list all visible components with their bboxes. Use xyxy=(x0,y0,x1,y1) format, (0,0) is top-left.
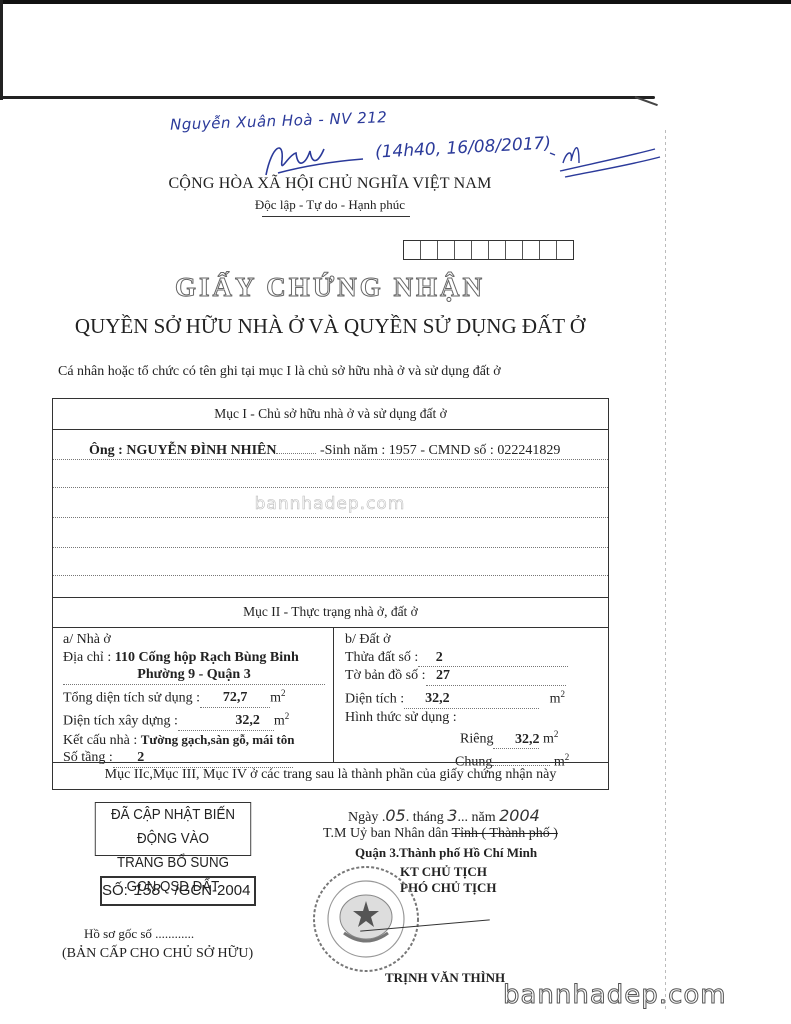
section1-heading: Mục I - Chủ sở hữu nhà ở và sử dụng đất … xyxy=(53,399,608,430)
intro-text: Cá nhân hoặc tổ chức có tên ghi tại mục … xyxy=(58,364,501,380)
house-structure: Tường gạch,sàn gỗ, mái tôn xyxy=(141,732,295,747)
page-fold-edge xyxy=(0,96,655,99)
owner-name: Ông : NGUYỄN ĐÌNH NHIÊN xyxy=(89,443,276,458)
scan-edge xyxy=(0,0,3,100)
land-info: b/ Đất ở Thửa đất số : 2 Tờ bản đồ số : … xyxy=(345,631,600,771)
signer-name: TRỊNH VĂN THÌNH xyxy=(385,970,505,986)
section2-heading: Mục II - Thực trạng nhà ở, đất ở xyxy=(53,597,608,628)
original-file-number: Hồ sơ gốc số ............ xyxy=(84,926,194,942)
map-sheet-number: 27 xyxy=(436,668,450,683)
certificate-title: GIẤY CHỨNG NHẬN xyxy=(0,272,660,303)
scan-border xyxy=(0,0,791,4)
house-address: 110 Cống hộp Rạch Bùng Binh xyxy=(115,650,299,665)
official-seal-icon xyxy=(310,863,422,975)
serial-number-box xyxy=(403,240,574,260)
copy-note: (BẢN CẤP CHO CHỦ SỞ HỮU) xyxy=(62,946,253,962)
motto-underline xyxy=(262,216,410,217)
private-area: 32,2 xyxy=(515,732,540,747)
issue-year: 2004 xyxy=(499,806,540,825)
land-area: 32,2 xyxy=(425,691,450,706)
land-label: b/ Đất ở xyxy=(345,631,600,649)
house-info: a/ Nhà ở Địa chỉ : 110 Cống hộp Rạch Bùn… xyxy=(63,631,325,768)
issue-day: 05 xyxy=(385,806,405,825)
binding-crease xyxy=(665,130,666,1010)
national-motto: Độc lập - Tự do - Hạnh phúc xyxy=(0,197,660,213)
certificate-subtitle: QUYỀN SỞ HỮU NHÀ Ở VÀ QUYỀN SỬ DỤNG ĐẤT … xyxy=(0,314,660,339)
issue-date: Ngày .05. tháng 3... năm 2004 xyxy=(348,806,540,826)
footer-note: Mục IIc,Mục III, Mục IV ở các trang sau … xyxy=(53,762,608,787)
handwritten-name: Nguyễn Xuân Hoà - NV 212 xyxy=(170,108,388,134)
certificate-table: Mục I - Chủ sở hữu nhà ở và sử dụng đất … xyxy=(52,398,609,790)
owner-birth-year: -Sinh năm : 1957 xyxy=(320,443,417,458)
owner-id-number: - CMND số : 022241829 xyxy=(420,443,560,458)
handwritten-timestamp: (14h40, 16/08/2017) xyxy=(375,133,552,162)
district-line: Quận 3.Thành phố Hồ Chí Minh xyxy=(355,845,537,861)
house-ward: Phường 9 - Quận 3 xyxy=(137,667,250,682)
owner-line: Ông : NGUYỄN ĐÌNH NHIÊN -Sinh năm : 1957… xyxy=(89,443,560,459)
signature-icon xyxy=(258,135,368,180)
update-stamp: ĐÃ CẬP NHẬT BIẾN ĐỘNG VÀO TRANG BỔ SUNG … xyxy=(95,802,251,856)
total-area: 72,7 xyxy=(223,690,248,705)
stamp-number: 158 xyxy=(134,882,161,899)
nation-heading: CỘNG HÒA XÃ HỘI CHỦ NGHĨA VIỆT NAM xyxy=(0,175,660,193)
column-divider xyxy=(333,627,334,762)
house-label: a/ Nhà ở xyxy=(63,631,325,649)
plot-number: 2 xyxy=(436,650,443,665)
build-area: 32,2 xyxy=(235,713,260,728)
issue-month: 3 xyxy=(447,806,457,825)
number-stamp: SỐ:158/GCN-2004 xyxy=(100,876,256,906)
struck-text: Tỉnh ( Thành phố ) xyxy=(452,826,558,841)
watermark-footer: bannhadep.com xyxy=(503,980,727,1010)
authority-line: T.M Uỷ ban Nhân dân Tỉnh ( Thành phố ) xyxy=(323,826,558,842)
